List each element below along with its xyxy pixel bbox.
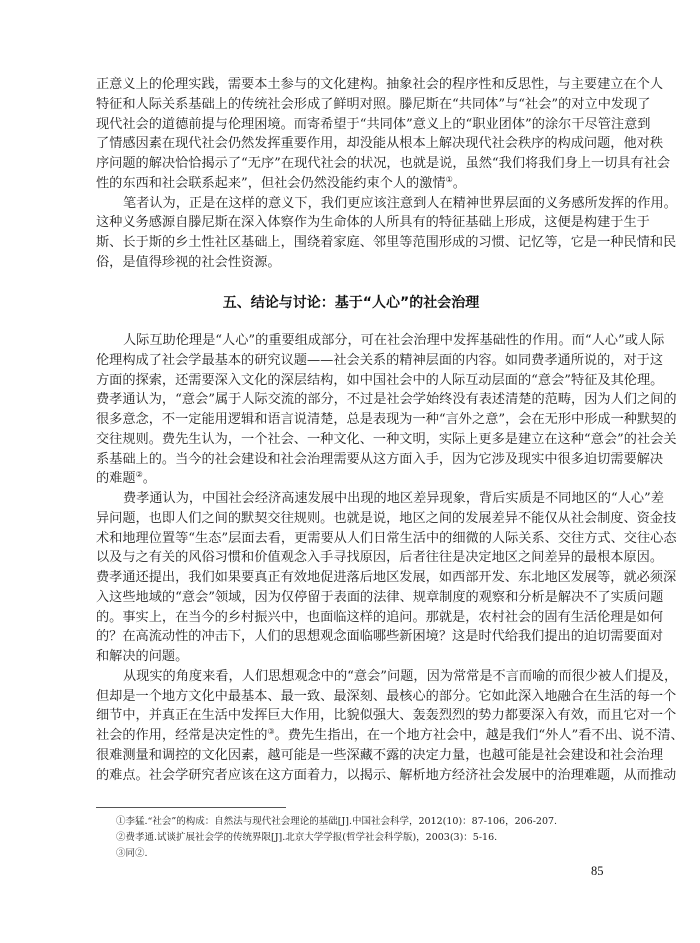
text-line: 笔者认为，正是在这样的意义下，我们更应该注意到人在精神世界层面的义务感所发挥的作… xyxy=(123,194,606,214)
text-line: 了情感因素在现代社会仍然发挥重要作用，却没能从根本上解决现代社会秩序的构成问题，… xyxy=(96,134,606,154)
footnote-2: ②费孝通.试谈扩展社会学的传统界限[J].北京大学学报(哲学社会科学版)，200… xyxy=(116,831,497,845)
text-line-content: 的？在高流动性的冲击下，人们的思想观念面临哪些新困境？这是时代给我们提出的迫切需… xyxy=(96,629,663,644)
footnote-marker[interactable]: ③ xyxy=(267,727,274,736)
text-line: 特征和人际关系基础上的传统社会形成了鲜明对照。滕尼斯在“共同体”与“社会”的对立… xyxy=(96,95,606,115)
text-line: 以及与之有关的风俗习惯和价值观念入手寻找原因，后者往往是决定地区之间差异的最根本… xyxy=(96,548,606,568)
section-heading: 五、结论与讨论：基于“人心”的社会治理 xyxy=(96,293,606,313)
text-line: 伦理构成了社会学最基本的研究议题——社会关系的精神层面的内容。如同费孝通所说的，… xyxy=(96,351,606,371)
text-line: 现代社会的道德前提与伦理困境。而寄希望于“共同体”意义上的“职业团体”的涂尔干尽… xyxy=(96,115,606,135)
text-line-content: 从现实的角度来看，人们思想观念中的“意会”问题，因为常常是不言而喻的而很少被人们… xyxy=(123,669,677,684)
text-line-content: 俗，是值得珍视的社会性资源。 xyxy=(96,255,281,270)
text-line: 的？在高流动性的冲击下，人们的思想观念面临哪些新困境？这是时代给我们提出的迫切需… xyxy=(96,627,606,647)
text-line: 人际互助伦理是“人心”的重要组成部分，可在社会治理中发挥基础性的作用。而“人心”… xyxy=(123,331,606,351)
text-line-content: 入这些地域的“意会”领域，因为仅停留于表面的法律、规章制度的观察和分析是解决不了… xyxy=(96,590,663,605)
text-line: 正意义上的伦理实践，需要本土参与的文化建构。抽象社会的程序性和反思性，与主要建立… xyxy=(96,75,606,95)
text-line-content: 正意义上的伦理实践，需要本土参与的文化建构。抽象社会的程序性和反思性，与主要建立… xyxy=(96,77,663,92)
text-line: 很难测量和调控的文化因素，越可能是一些深藏不露的决定力量，也越可能是社会建设和社… xyxy=(96,746,606,766)
text-line: 费孝通认为，“意会”属于人际交流的部分，不过是社会学始终没有表述清楚的范畴，因为… xyxy=(96,390,606,410)
text-line-content: 社会的作用，经常是决定性的 xyxy=(96,728,267,743)
text-line-content: 笔者认为，正是在这样的意义下，我们更应该注意到人在精神世界层面的义务感所发挥的作… xyxy=(123,196,677,211)
footnote-3: ③同②. xyxy=(116,847,148,861)
text-line-content: 的难题 xyxy=(96,471,136,486)
footnote-marker[interactable]: ① xyxy=(446,175,453,184)
text-line-content: 和解决的问题。 xyxy=(96,649,188,664)
text-line: 序问题的解决恰恰揭示了“无序”在现代社会的状况，也就是说，虽然“我们将我们身上一… xyxy=(96,154,606,174)
text-line-content: 细节中，并真正在生活中发挥巨大作用，比貌似强大、轰轰烈烈的势力都要深入有效，而且… xyxy=(96,708,676,723)
text-line-content: 交往规则。费先生认为，一个社会、一种文化、一种文明，实际上更多是建立在这种“意会… xyxy=(96,432,677,447)
text-line: 异问题，也即人们之间的默契交往规则。也就是说，地区之间的发展差异不能仅从社会制度… xyxy=(96,509,606,529)
text-line-content: 术和地理位置等“生态”层面去看，更需要从人们日常生活中的细微的人际关系、交往方式… xyxy=(96,531,677,546)
text-line-tail: 。 xyxy=(143,471,156,486)
text-line-content: 这种义务感源自滕尼斯在深入体察作为生命体的人所具有的特征基础上形成，这便是构建于… xyxy=(96,215,650,230)
text-line: 细节中，并真正在生活中发挥巨大作用，比貌似强大、轰轰烈烈的势力都要深入有效，而且… xyxy=(96,706,606,726)
text-line: 很多意念，不一定能用逻辑和语言说清楚，总是表现为一种“言外之意”，会在无形中形成… xyxy=(96,410,606,430)
text-line-content: 了情感因素在现代社会仍然发挥重要作用，却没能从根本上解决现代社会秩序的构成问题，… xyxy=(96,136,663,151)
text-line-tail: 。费先生指出，在一个地方社会中，越是我们“外人”看不出、说不清、 xyxy=(275,728,684,743)
text-line: 入这些地域的“意会”领域，因为仅停留于表面的法律、规章制度的观察和分析是解决不了… xyxy=(96,588,606,608)
text-line: 费孝通认为，中国社会经济高速发展中出现的地区差异现象，背后实质是不同地区的“人心… xyxy=(123,489,606,509)
page-number: 85 xyxy=(591,864,604,879)
text-line: 俗，是值得珍视的社会性资源。 xyxy=(96,253,606,273)
text-line: 斯、长于斯的乡土性社区基础上，围绕着家庭、邻里等范围形成的习惯、记忆等，它是一种… xyxy=(96,233,606,253)
text-line-content: 性的东西和社会联系起来”，但社会仍然没能约束个人的激情 xyxy=(96,176,446,191)
text-line: 但却是一个地方文化中最基本、最一致、最深刻、最核心的部分。它如此深入地融合在生活… xyxy=(96,687,606,707)
text-line-content: 人际互助伦理是“人心”的重要组成部分，可在社会治理中发挥基础性的作用。而“人心”… xyxy=(123,333,664,348)
text-line: 性的东西和社会联系起来”，但社会仍然没能约束个人的激情①。 xyxy=(96,174,606,194)
text-line: 社会的作用，经常是决定性的③。费先生指出，在一个地方社会中，越是我们“外人”看不… xyxy=(96,726,606,746)
text-line-tail: 。 xyxy=(453,176,466,191)
text-line-content: 特征和人际关系基础上的传统社会形成了鲜明对照。滕尼斯在“共同体”与“社会”的对立… xyxy=(96,97,650,112)
text-line-content: 的难点。社会学研究者应该在这方面着力，以揭示、解析地方经济社会发展中的治理难题，… xyxy=(96,768,676,783)
text-line-content: 很多意念，不一定能用逻辑和语言说清楚，总是表现为一种“言外之意”，会在无形中形成… xyxy=(96,412,677,427)
text-line-content: 现代社会的道德前提与伦理困境。而寄希望于“共同体”意义上的“职业团体”的涂尔干尽… xyxy=(96,117,650,132)
text-line-content: 斯、长于斯的乡土性社区基础上，围绕着家庭、邻里等范围形成的习惯、记忆等，它是一种… xyxy=(96,235,676,250)
text-line: 的难点。社会学研究者应该在这方面着力，以揭示、解析地方经济社会发展中的治理难题，… xyxy=(96,766,606,786)
text-line-content: 费孝通还提出，我们如果要真正有效地促进落后地区发展，如西部开发、东北地区发展等，… xyxy=(96,570,676,585)
text-line-content: 序问题的解决恰恰揭示了“无序”在现代社会的状况，也就是说，虽然“我们将我们身上一… xyxy=(96,156,670,171)
text-line-content: 系基础上的。当今的社会建设和社会治理需要从这方面入手，因为它涉及现实中很多迫切需… xyxy=(96,452,663,467)
text-line: 和解决的问题。 xyxy=(96,647,606,667)
text-line-content: 费孝通认为，“意会”属于人际交流的部分，不过是社会学始终没有表述清楚的范畴，因为… xyxy=(96,392,677,407)
paper-page: 正意义上的伦理实践，需要本土参与的文化建构。抽象社会的程序性和反思性，与主要建立… xyxy=(0,0,700,943)
text-line: 系基础上的。当今的社会建设和社会治理需要从这方面入手，因为它涉及现实中很多迫切需… xyxy=(96,450,606,470)
text-line-content: 以及与之有关的风俗习惯和价值观念入手寻找原因，后者往往是决定地区之间差异的最根本… xyxy=(96,550,663,565)
text-line-content: 但却是一个地方文化中最基本、最一致、最深刻、最核心的部分。它如此深入地融合在生活… xyxy=(96,689,676,704)
text-line: 方面的探索，还需要深入文化的深层结构，如中国社会中的人际互动层面的“意会”特征及… xyxy=(96,371,606,391)
footnote-1: ①李猛.“社会”的构成：自然法与现代社会理论的基础[J].中国社会科学，2012… xyxy=(116,815,557,829)
text-line-content: 很难测量和调控的文化因素，越可能是一些深藏不露的决定力量，也越可能是社会建设和社… xyxy=(96,748,663,763)
footnote-marker[interactable]: ② xyxy=(136,470,143,479)
text-line: 的。事实上，在当今的乡村振兴中，也面临这样的追问。那就是，农村社会的固有生活伦理… xyxy=(96,608,606,628)
text-line: 交往规则。费先生认为，一个社会、一种文化、一种文明，实际上更多是建立在这种“意会… xyxy=(96,430,606,450)
text-line-content: 的。事实上，在当今的乡村振兴中，也面临这样的追问。那就是，农村社会的固有生活伦理… xyxy=(96,610,663,625)
text-line-content: 方面的探索，还需要深入文化的深层结构，如中国社会中的人际互动层面的“意会”特征及… xyxy=(96,373,663,388)
text-line: 这种义务感源自滕尼斯在深入体察作为生命体的人所具有的特征基础上形成，这便是构建于… xyxy=(96,213,606,233)
footnote-divider xyxy=(96,807,286,808)
text-line-content: 伦理构成了社会学最基本的研究议题——社会关系的精神层面的内容。如同费孝通所说的，… xyxy=(96,353,663,368)
text-line-content: 异问题，也即人们之间的默契交往规则。也就是说，地区之间的发展差异不能仅从社会制度… xyxy=(96,511,676,526)
text-line: 术和地理位置等“生态”层面去看，更需要从人们日常生活中的细微的人际关系、交往方式… xyxy=(96,529,606,549)
text-line: 从现实的角度来看，人们思想观念中的“意会”问题，因为常常是不言而喻的而很少被人们… xyxy=(123,667,606,687)
text-line-content: 费孝通认为，中国社会经济高速发展中出现的地区差异现象，背后实质是不同地区的“人心… xyxy=(123,491,664,506)
text-line: 费孝通还提出，我们如果要真正有效地促进落后地区发展，如西部开发、东北地区发展等，… xyxy=(96,568,606,588)
text-line: 的难题②。 xyxy=(96,469,606,489)
